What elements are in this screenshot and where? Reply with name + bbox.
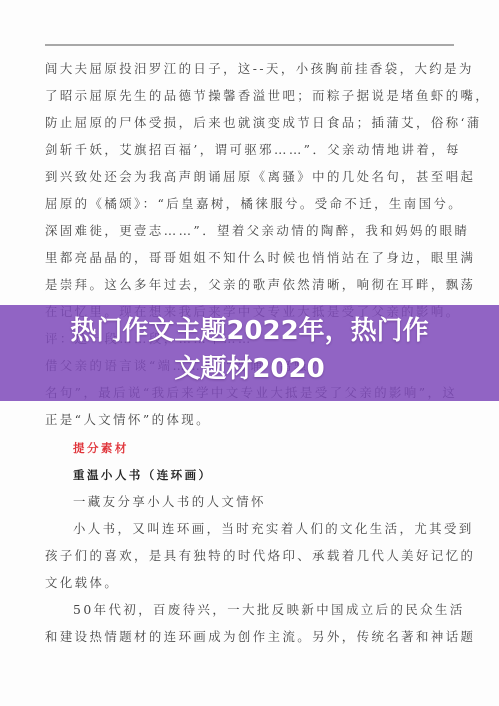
text-line: 小人书，又叫连环画，当时充实着人们的文化生活，尤其受到	[73, 521, 455, 537]
section-title: 重温小人书（连环画）	[73, 467, 455, 483]
text-line: 了昭示屈原先生的品德节操馨香溢世吧；而粽子据说是堵鱼虾的嘴，	[45, 88, 455, 104]
text-line: 50年代初，百废待兴，一大批反映新中国成立后的民众生活	[73, 602, 455, 618]
text-line: 防止屈原的尸体受损，后来也就演变成节日食品；插蒲艾，俗称‘蒲	[45, 115, 455, 131]
text-line: 孩子们的喜欢，是具有独特的时代烙印、承载着几代人美好记忆的	[45, 548, 455, 564]
header-rule	[45, 44, 454, 46]
text-line: 和建设热情题材的连环画成为创作主流。另外，传统名著和神话题	[45, 629, 455, 645]
text-line: 里都亮晶晶的，哥哥姐姐不知什么时候也悄悄站在了身边，眼里满	[45, 250, 455, 266]
section-label: 提分素材	[73, 440, 455, 456]
banner-title-line-2: 文题材2020	[0, 350, 499, 388]
text-line: 深固难徙，更壹志……”．望着父亲动情的陶醉，我和妈妈的眼睛	[45, 223, 455, 239]
closing-line: 正是“人文情怀”的体现。	[45, 412, 455, 428]
text-line: 到兴致处还会为我高声朗诵屈原《离骚》中的几处名句，甚至唱起	[45, 169, 455, 185]
section-subtitle: 一藏友分享小人书的人文情怀	[73, 494, 455, 510]
banner-title: 热门作文主题2022年，热门作 文题材2020	[0, 312, 499, 388]
text-line: 是崇拜。这么多年过去，父亲的歌声依然清晰，响彻在耳畔，飘荡	[45, 277, 455, 293]
banner-title-line-1: 热门作文主题2022年，热门作	[0, 312, 499, 350]
text-line: 屈原的《橘颂》：“后皇嘉树，橘徕服兮。受命不迁，生南国兮。	[45, 196, 455, 212]
text-line: 剑斩千妖，艾旗招百福’，谓可驱邪……”．父亲动情地讲着，每	[45, 142, 455, 158]
text-line: 闾大夫屈原投汨罗江的日子，这--天，小孩胸前挂香袋，大约是为	[45, 61, 455, 77]
text-line: 文化载体。	[45, 575, 455, 591]
